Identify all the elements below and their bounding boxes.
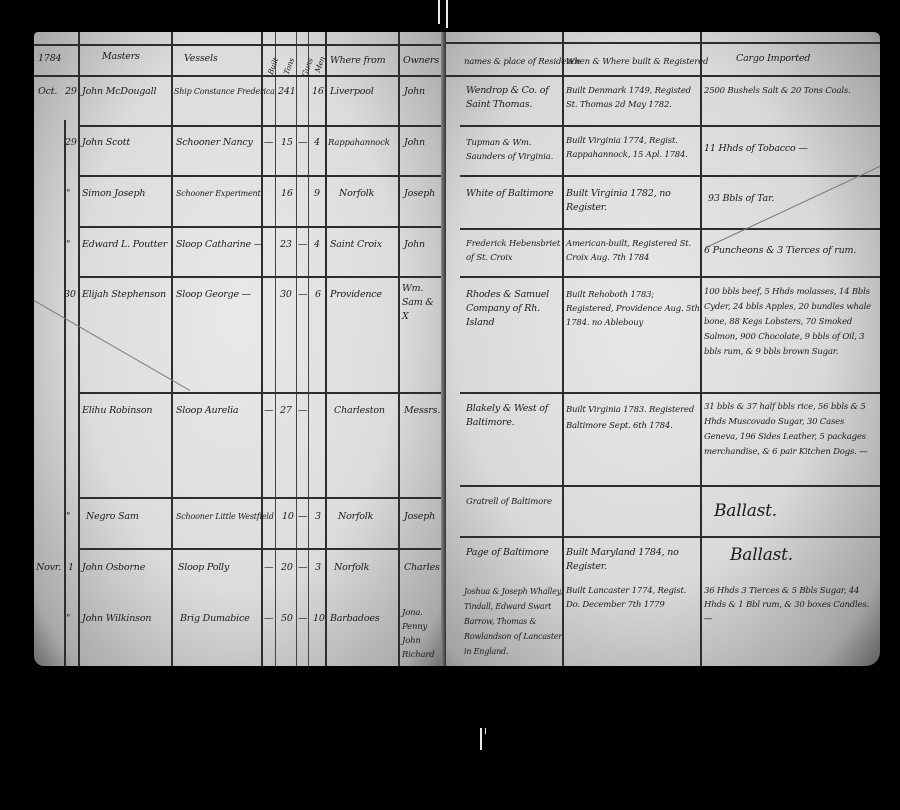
rule: [325, 32, 327, 666]
cell-where-from: Liverpool: [330, 85, 374, 99]
cell-built: Built Denmark 1749, Registed St. Thomas …: [566, 84, 700, 112]
cell-built: Built Maryland 1784, no Register.: [566, 546, 700, 574]
cell-where-from: Providence: [330, 288, 382, 302]
cell-built: Built Virginia 1782, no Register.: [566, 187, 700, 215]
film-mark-bottom: [480, 728, 482, 750]
header-masters: Masters: [102, 50, 140, 64]
cell-master: John Osborne: [82, 561, 145, 575]
rule: [78, 226, 446, 228]
cell-guns: —: [298, 136, 307, 150]
ledger-right-page: names & place of Residence When & Where …: [446, 32, 880, 666]
cell-men: 9: [314, 187, 320, 201]
cell-tons: 20: [281, 561, 293, 575]
cell-vessel: Ship Constance Frederica: [174, 85, 275, 99]
header-when-built: When & Where built & Registered: [566, 55, 708, 69]
rule: [308, 32, 309, 666]
cell-guns: —: [298, 288, 307, 302]
cell-master: Elijah Stephenson: [82, 288, 166, 302]
cell-built: Built Lancaster 1774, Regist. Do. Decemb…: [566, 584, 700, 612]
cell-tons: 15: [281, 136, 293, 150]
rule: [78, 548, 446, 550]
cell-men: 4: [314, 238, 320, 252]
rule: [78, 497, 446, 499]
cell-owners: Page of Baltimore: [466, 546, 562, 560]
cell-owner: Joseph: [404, 187, 435, 201]
cell-owners: Wendrop & Co. of Saint Thomas.: [466, 84, 562, 112]
rule: [398, 32, 400, 666]
cell-built: —: [264, 561, 273, 575]
cell-built: —: [264, 612, 273, 626]
cell-vessel: Sloop Polly: [178, 561, 229, 575]
header-men: Men: [311, 55, 330, 75]
cell-owners: Frederick Hebensbriet of St. Croix: [466, 237, 562, 265]
rule: [171, 32, 173, 666]
cell-built: Built Rehoboth 1783; Registered, Provide…: [566, 288, 700, 330]
cell-day: 30: [64, 288, 76, 302]
pencil-line: [34, 300, 190, 391]
rule: [296, 32, 297, 666]
film-mark-bottom: [485, 728, 486, 734]
header-owners-names: names & place of Residence: [464, 55, 581, 69]
cell-where-from: Rappahannock: [328, 136, 390, 150]
rule: [34, 44, 446, 46]
rule: [78, 32, 80, 666]
cell-cargo: 11 Hhds of Tobacco —: [704, 142, 874, 156]
rule: [446, 42, 880, 44]
header-vessels: Vessels: [184, 52, 218, 66]
cell-guns: —: [298, 238, 307, 252]
cell-where-from: Norfolk: [338, 510, 373, 524]
cell-cargo: 36 Hhds 3 Tierces & 5 Bbls Sugar, 44 Hhd…: [704, 584, 872, 626]
rule: [78, 125, 446, 127]
cell-owners: Gratrell of Baltimore: [466, 495, 562, 509]
cell-owners: Blakely & West of Baltimore.: [466, 402, 562, 430]
cell-master: Simon Joseph: [82, 187, 145, 201]
cell-owner: John: [404, 238, 425, 252]
cell-month: Oct.: [38, 85, 57, 99]
cell-owner: Wm. Sam & X: [402, 282, 442, 324]
rule: [562, 32, 564, 666]
header-where-from: Where from: [330, 54, 385, 68]
cell-owner: Charles: [404, 561, 440, 575]
cell-cargo: Ballast.: [730, 548, 793, 562]
rule: [460, 125, 880, 127]
cell-where-from: Barbadoes: [330, 612, 379, 626]
cell-cargo: Ballast.: [714, 504, 777, 518]
cell-tons: 16: [281, 187, 293, 201]
header-owners: Owners: [403, 54, 439, 68]
cell-owner: Messrs.: [404, 404, 440, 418]
rule: [460, 392, 880, 394]
cell-owner: Joseph: [404, 510, 435, 524]
cell-vessel: Schooner Little Westfield: [176, 510, 274, 524]
header-date: 1784: [38, 52, 61, 66]
cell-day: ": [66, 238, 70, 252]
rule: [460, 175, 880, 177]
rule: [78, 276, 446, 278]
cell-guns: —: [298, 510, 307, 524]
rule: [700, 32, 702, 666]
cell-day: 29: [65, 85, 77, 99]
cell-vessel: Sloop George —: [176, 288, 251, 302]
cell-day: 29: [65, 136, 77, 150]
cell-built: Built Virginia 1783. Registered Baltimor…: [566, 402, 700, 434]
cell-day: 1: [68, 561, 74, 575]
cell-guns: —: [298, 561, 307, 575]
cell-built: —: [264, 136, 273, 150]
cell-master: Negro Sam: [86, 510, 139, 524]
cell-owners: Rhodes & Samuel Company of Rh. Island: [466, 288, 562, 330]
rule: [64, 120, 66, 666]
cell-cargo: 31 bbls & 37 half bbls rice, 56 bbls & 5…: [704, 400, 872, 460]
cell-owners: Tupman & Wm. Saunders of Virginia.: [466, 136, 562, 164]
cell-owners: White of Baltimore: [466, 187, 562, 201]
cell-master: Elihu Robinson: [82, 404, 152, 418]
cell-tons: 50: [281, 612, 293, 626]
cell-men: 16: [312, 85, 324, 99]
film-mark-top: [446, 0, 448, 28]
cell-vessel: Sloop Aurelia: [176, 404, 238, 418]
cell-owner: John: [404, 85, 425, 99]
cell-men: 10: [313, 612, 325, 626]
cell-men: 3: [315, 561, 321, 575]
cell-where-from: Charleston: [334, 404, 385, 418]
cell-owners: Joshua & Joseph Whalley, Tindall, Edward…: [464, 584, 564, 659]
header-built: Built: [264, 56, 283, 77]
cell-owner: John: [404, 136, 425, 150]
cell-vessel: Brig Dumabice: [180, 612, 250, 626]
cell-cargo: 93 Bbls of Tar.: [708, 192, 878, 206]
cell-day: ": [66, 510, 70, 524]
rule: [446, 75, 880, 77]
cell-tons: 23: [280, 238, 292, 252]
cell-master: Edward L. Poutter: [82, 238, 167, 252]
rule: [460, 228, 880, 230]
cell-cargo: 100 bbls beef, 5 Hhds molasses, 14 Bbls …: [704, 285, 872, 360]
cell-master: John Scott: [82, 136, 130, 150]
ledger-left-page: 1784 Masters Vessels Built Tons Guns Men…: [34, 32, 446, 666]
rule: [261, 32, 263, 666]
cell-where-from: Norfolk: [334, 561, 369, 575]
rule: [78, 175, 446, 177]
cell-vessel: Sloop Catharine —: [176, 238, 263, 252]
cell-guns: —: [298, 612, 307, 626]
cell-vessel: Schooner Experiment: [176, 187, 260, 201]
cell-built: Built Virginia 1774, Regist. Rappahannoc…: [566, 134, 700, 162]
rule: [460, 485, 880, 487]
cell-cargo: 2500 Bushels Salt & 20 Tons Coals.: [704, 84, 874, 98]
cell-where-from: Norfolk: [339, 187, 374, 201]
rule: [460, 276, 880, 278]
header-cargo: Cargo Imported: [736, 52, 810, 66]
cell-cargo: 6 Puncheons & 3 Tierces of rum.: [704, 244, 874, 258]
cell-day: ": [66, 187, 70, 201]
cell-day: ": [66, 612, 70, 626]
cell-master: John Wilkinson: [82, 612, 151, 626]
cell-built: —: [264, 404, 273, 418]
cell-tons: 27: [280, 404, 292, 418]
cell-men: 4: [314, 136, 320, 150]
cell-month: Novr.: [36, 561, 61, 575]
cell-men: 6: [315, 288, 321, 302]
cell-tons: 10: [282, 510, 294, 524]
rule: [460, 536, 880, 538]
cell-where-from: Saint Croix: [330, 238, 382, 252]
cell-men: 3: [315, 510, 321, 524]
cell-owner: Jona. Penny John Richard: [402, 606, 440, 662]
film-mark-top: [438, 0, 440, 24]
cell-built: American-built, Registered St. Croix Aug…: [566, 237, 700, 265]
cell-vessel: Schooner Nancy: [176, 136, 253, 150]
rule: [78, 392, 446, 394]
rule: [34, 75, 446, 77]
rule: [275, 32, 276, 666]
cell-master: John McDougall: [82, 85, 156, 99]
cell-tons: 30: [280, 288, 292, 302]
cell-guns: —: [298, 404, 307, 418]
cell-tons: 241: [278, 85, 296, 99]
